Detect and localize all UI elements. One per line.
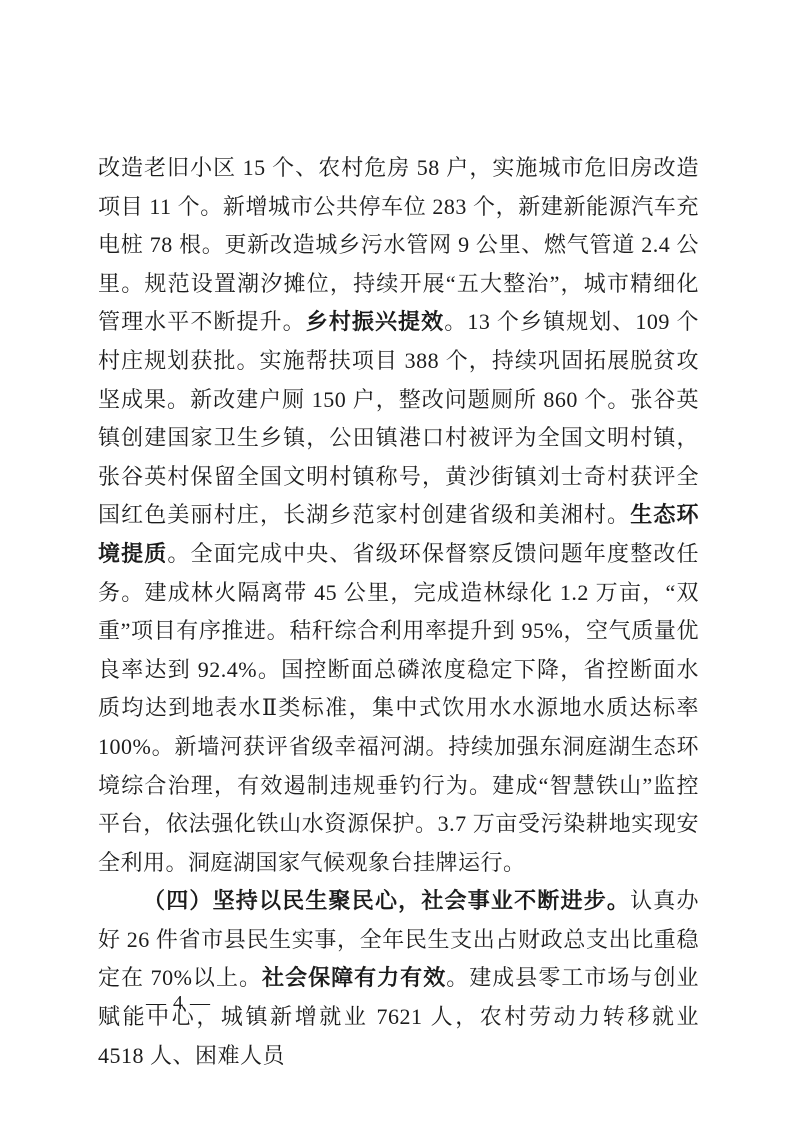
paragraph: 改造老旧小区 15 个、农村危房 58 户，实施城市危旧房改造项目 11 个。新… [98, 149, 699, 882]
paragraph: （四）坚持以民生聚民心，社会事业不断进步。认真办好 26 件省市县民生实事，全年… [98, 882, 699, 1075]
bold-text-segment: 社会保障有力有效 [262, 965, 446, 990]
document-page: 改造老旧小区 15 个、农村危房 58 户，实施城市危旧房改造项目 11 个。新… [0, 0, 794, 1122]
page-number: — 4 — [146, 991, 211, 1015]
text-segment: 。全面完成中央、省级环保督察反馈问题年度整改任务。建成林火隔离带 45 公里，完… [98, 541, 699, 875]
bold-text-segment: 乡村振兴提效 [306, 309, 445, 334]
text-segment: 。13 个乡镇规划、109 个村庄规划获批。实施帮扶项目 388 个，持续巩固拓… [98, 309, 699, 527]
document-body: 改造老旧小区 15 个、农村危房 58 户，实施城市危旧房改造项目 11 个。新… [98, 149, 699, 1075]
text-segment: 改造老旧小区 15 个、农村危房 58 户，实施城市危旧房改造项目 11 个。新… [98, 155, 699, 334]
bold-text-segment: （四）坚持以民生聚民心，社会事业不断进步。 [143, 888, 630, 913]
